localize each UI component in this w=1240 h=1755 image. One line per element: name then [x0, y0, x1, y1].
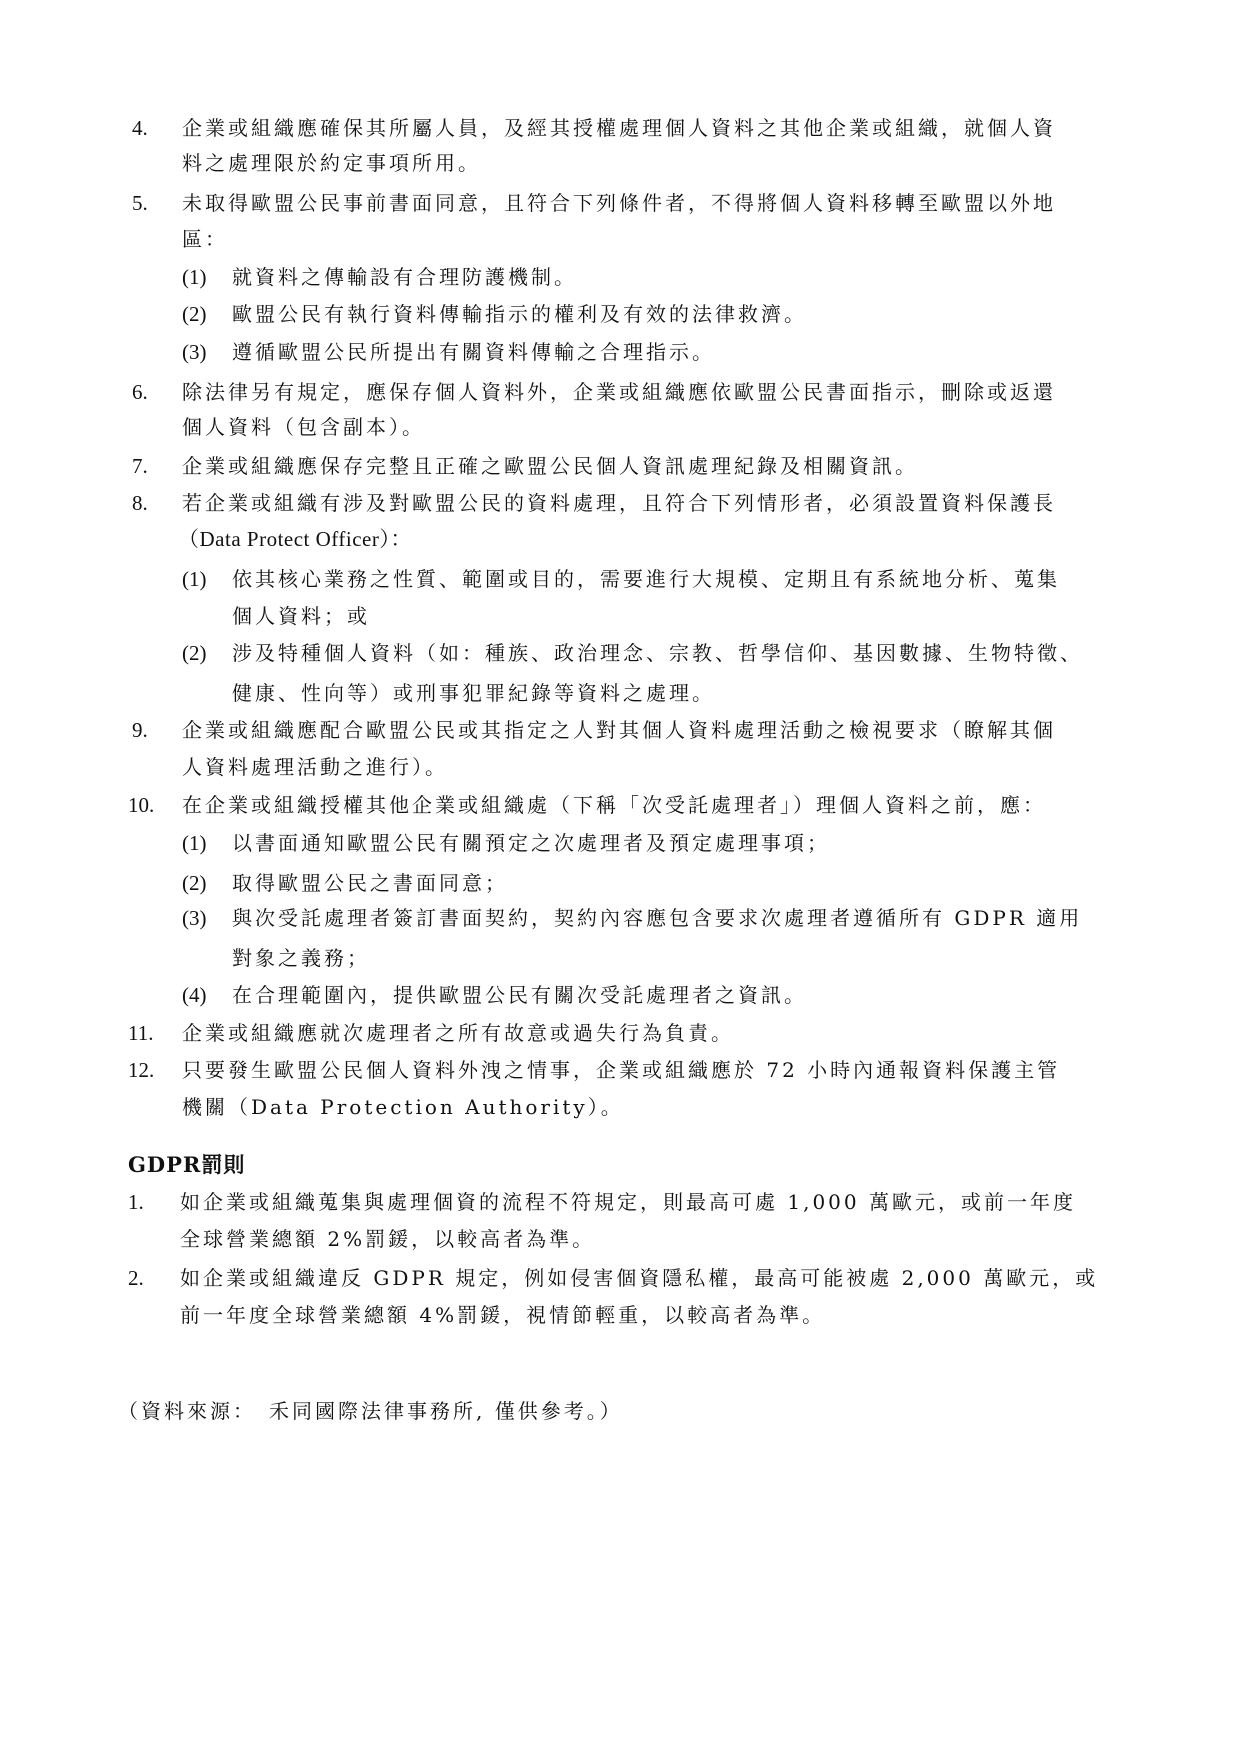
- sub-list-item-text: 以書面通知歐盟公民有關預定之次處理者及預定處理事項；: [232, 830, 830, 856]
- list-number: 6.: [132, 379, 148, 405]
- list-item-text: 若企業或組織有涉及對歐盟公民的資料處理，且符合下列情形者，必須設置資料保護長: [182, 490, 1056, 516]
- sub-list-number: (4): [182, 982, 207, 1008]
- list-number: 1.: [128, 1189, 144, 1215]
- sub-list-number: (2): [182, 870, 207, 896]
- list-number: 12.: [128, 1057, 154, 1083]
- list-item-text: 人資料處理活動之進行）。: [182, 754, 448, 780]
- list-number: 9.: [132, 717, 148, 743]
- source-note: （資料來源： 禾同國際法律事務所, 僅供參考。）: [118, 1398, 623, 1424]
- sub-list-number: (3): [182, 905, 207, 931]
- list-item-text: （Data Protect Officer）：: [178, 526, 412, 552]
- list-number: 4.: [132, 115, 148, 141]
- list-item-text: 企業或組織應確保其所屬人員，及經其授權處理個人資料之其他企業或組織，就個人資: [182, 115, 1056, 141]
- list-number: 7.: [132, 453, 148, 479]
- list-number: 5.: [132, 190, 148, 216]
- section-heading: GDPR罰則: [128, 1152, 245, 1178]
- list-item-text: 如企業或組織違反 GDPR 規定，例如侵害個資隱私權，最高可能被處 2,000 …: [180, 1265, 1098, 1291]
- list-item-text: 只要發生歐盟公民個人資料外洩之情事，企業或組織應於 72 小時內通報資料保護主管: [182, 1057, 1060, 1083]
- list-item-text: 如企業或組織蒐集與處理個資的流程不符規定，則最高可處 1,000 萬歐元，或前一…: [180, 1189, 1076, 1215]
- sub-list-item-text: 在合理範圍內，提供歐盟公民有關次受託處理者之資訊。: [232, 982, 807, 1008]
- list-item-text: 企業或組織應配合歐盟公民或其指定之人對其個人資料處理活動之檢視要求（瞭解其個: [182, 717, 1056, 743]
- list-item-text: 料之處理限於約定事項所用。: [182, 150, 481, 176]
- sub-list-number: (3): [182, 339, 207, 365]
- list-item-text: 企業或組織應就次處理者之所有故意或過失行為負責。: [182, 1020, 734, 1046]
- sub-list-number: (2): [182, 301, 207, 327]
- sub-list-item-text: 涉及特種個人資料（如：種族、政治理念、宗教、哲學信仰、基因數據、生物特徵、: [232, 640, 1083, 666]
- list-item-text: 機關（Data Protection Authority）。: [182, 1094, 624, 1120]
- sub-list-item-text: 依其核心業務之性質、範圍或目的，需要進行大規模、定期且有系統地分析、蒐集: [232, 566, 1060, 592]
- sub-list-item-text: 對象之義務；: [232, 945, 370, 971]
- list-number: 11.: [128, 1020, 153, 1046]
- sub-list-item-text: 歐盟公民有執行資料傳輸指示的權利及有效的法律救濟。: [232, 301, 807, 327]
- list-number: 2.: [128, 1265, 144, 1291]
- list-item-text: 企業或組織應保存完整且正確之歐盟公民個人資訊處理紀錄及相關資訊。: [182, 453, 918, 479]
- list-item-text: 除法律另有規定，應保存個人資料外，企業或組織應依歐盟公民書面指示，刪除或返還: [182, 379, 1056, 405]
- list-number: 10.: [128, 792, 154, 818]
- sub-list-number: (1): [182, 830, 207, 856]
- sub-list-number: (1): [182, 566, 207, 592]
- sub-list-item-text: 個人資料；或: [232, 603, 370, 629]
- list-item-text: 前一年度全球營業總額 4%罰鍰，視情節輕重，以較高者為準。: [180, 1302, 825, 1328]
- sub-list-item-text: 就資料之傳輸設有合理防護機制。: [232, 264, 577, 290]
- list-item-text: 在企業或組織授權其他企業或組織處（下稱「次受託處理者」）理個人資料之前，應：: [182, 792, 1046, 818]
- sub-list-number: (1): [182, 264, 207, 290]
- sub-list-item-text: 與次受託處理者簽訂書面契約，契約內容應包含要求次處理者遵循所有 GDPR 適用: [232, 905, 1082, 931]
- list-item-text: 區：: [182, 226, 228, 252]
- sub-list-item-text: 遵循歐盟公民所提出有關資料傳輸之合理指示。: [232, 339, 715, 365]
- list-item-text: 未取得歐盟公民事前書面同意，且符合下列條件者，不得將個人資料移轉至歐盟以外地: [182, 190, 1056, 216]
- document-page: 4. 企業或組織應確保其所屬人員，及經其授權處理個人資料之其他企業或組織，就個人…: [0, 0, 1240, 1755]
- list-item-text: 全球營業總額 2%罰鍰，以較高者為準。: [180, 1226, 595, 1252]
- list-item-text: 個人資料（包含副本）。: [182, 414, 425, 440]
- sub-list-item-text: 健康、性向等）或刑事犯罪紀錄等資料之處理。: [232, 680, 715, 706]
- list-number: 8.: [132, 490, 148, 516]
- sub-list-number: (2): [182, 640, 207, 666]
- sub-list-item-text: 取得歐盟公民之書面同意；: [232, 870, 508, 896]
